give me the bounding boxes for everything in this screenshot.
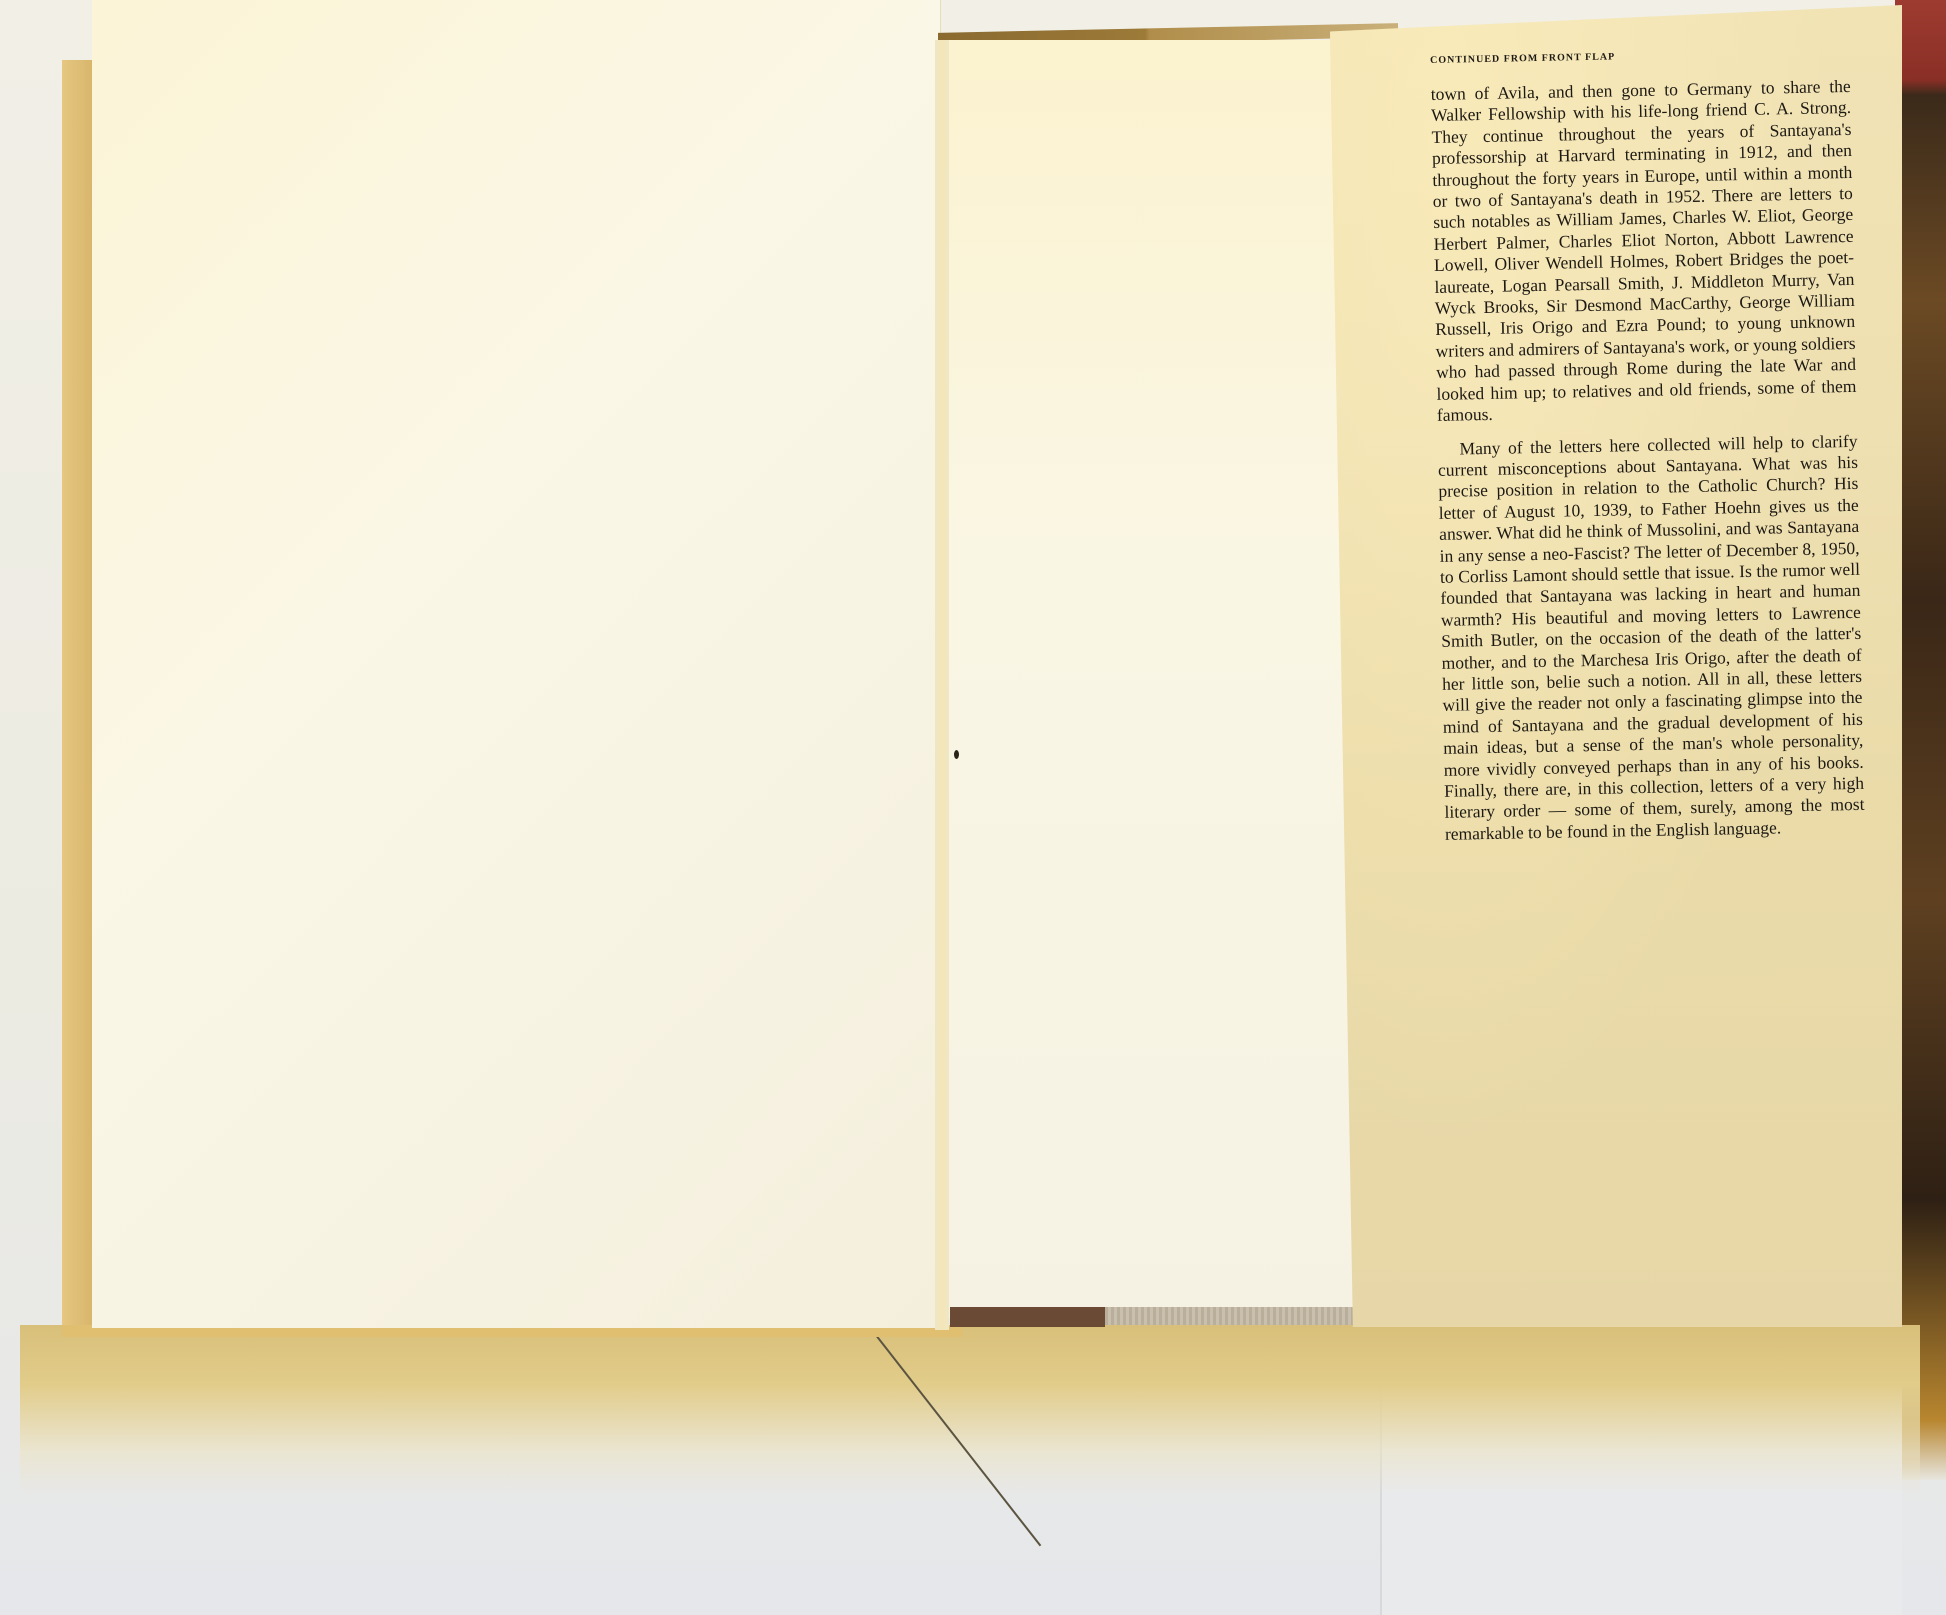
book-gutter <box>935 40 949 1330</box>
wooden-surface <box>1895 0 1946 1480</box>
paper-speck <box>954 750 959 759</box>
cover-edge-left <box>62 60 92 1335</box>
spine-bottom-dark <box>950 1307 1105 1327</box>
book-shadow <box>20 1325 1920 1495</box>
spine-bottom-cloth <box>1105 1307 1380 1325</box>
flap-text-block: CONTINUED FROM FRONT FLAP town of Avila,… <box>1430 47 1865 857</box>
flap-paragraph-1: town of Avila, and then gone to Germany … <box>1431 76 1857 426</box>
photo-scene: CONTINUED FROM FRONT FLAP town of Avila,… <box>0 0 1946 1615</box>
left-endpaper <box>92 0 941 1328</box>
flap-paragraph-2: Many of the letters here collected will … <box>1437 430 1865 845</box>
right-endpaper <box>945 40 1385 1318</box>
